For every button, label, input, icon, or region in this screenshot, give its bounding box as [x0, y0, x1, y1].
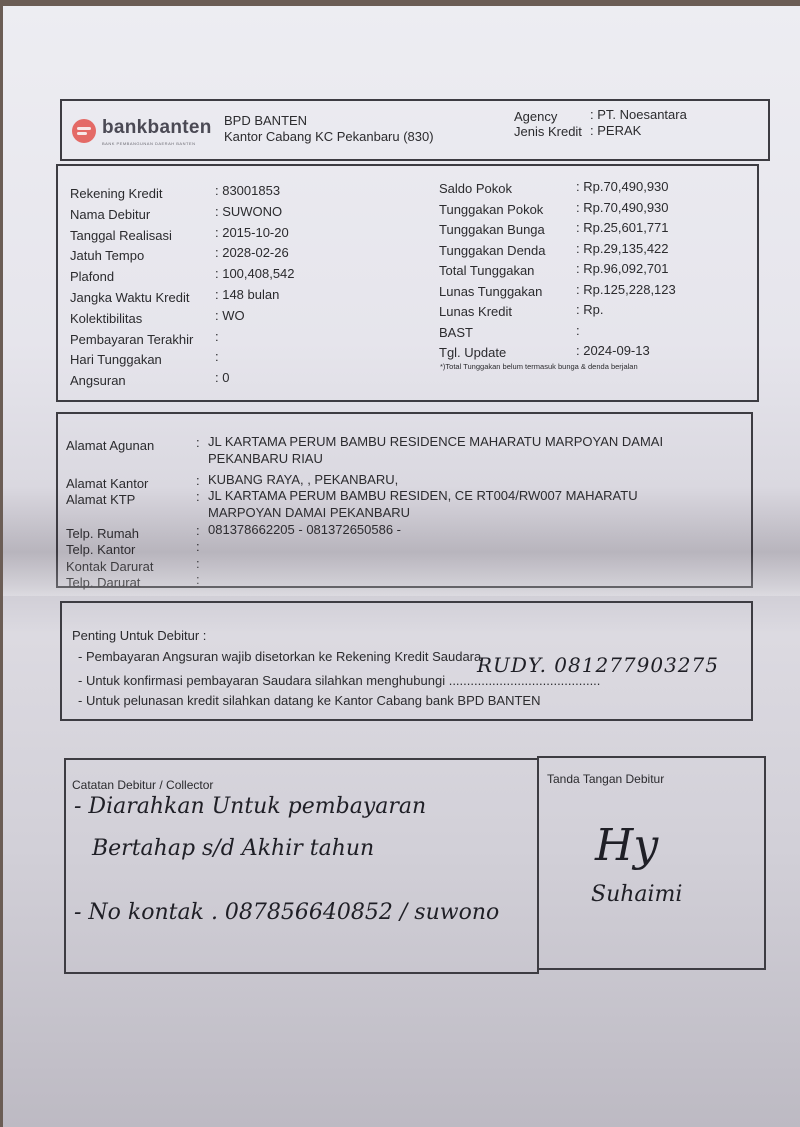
- address-field-colon: :: [196, 539, 200, 554]
- account-field-label: Nama Debitur: [70, 207, 150, 222]
- account-field-label: Rekening Kredit: [70, 186, 163, 201]
- account-field-label: BAST: [439, 325, 473, 340]
- footnote: *)Total Tunggakan belum termasuk bunga &…: [440, 362, 638, 371]
- account-field-label: Angsuran: [70, 373, 126, 388]
- signature-mark: Hy: [595, 820, 658, 871]
- address-field-label: Telp. Kantor: [66, 542, 135, 557]
- account-field-value: : Rp.29,135,422: [576, 241, 669, 256]
- address-field-label: Telp. Darurat: [66, 575, 140, 590]
- account-field-value: : Rp.70,490,930: [576, 179, 669, 194]
- account-field-label: Total Tunggakan: [439, 263, 534, 278]
- account-field-value: : 0: [215, 370, 229, 385]
- address-field-label: Alamat Agunan: [66, 438, 154, 453]
- address-field-value-cont: PEKANBARU RIAU: [208, 451, 323, 466]
- account-field-value: : 2015-10-20: [215, 225, 289, 240]
- account-field-label: Tunggakan Pokok: [439, 202, 543, 217]
- account-field-label: Kolektibilitas: [70, 311, 142, 326]
- signature-name: Suhaimi: [591, 882, 682, 907]
- bank-name: BPD BANTEN: [224, 113, 307, 128]
- handwritten-contact: RUDY. 081277903275: [477, 653, 719, 677]
- account-summary-box: Rekening Kredit: 83001853Nama Debitur: S…: [56, 164, 759, 402]
- credit-type-value: : PERAK: [590, 123, 641, 138]
- account-field-label: Tgl. Update: [439, 345, 506, 360]
- paper-document: bankbanten BANK PEMBANGUNAN DAERAH BANTE…: [3, 6, 800, 1127]
- important-item: - Untuk pelunasan kredit silahkan datang…: [78, 693, 540, 708]
- account-field-value: : Rp.125,228,123: [576, 282, 676, 297]
- bank-logo-icon: [72, 119, 96, 143]
- notes-title: Catatan Debitur / Collector: [72, 778, 213, 792]
- collector-notes-box: Catatan Debitur / Collector - Diarahkan …: [64, 758, 539, 974]
- address-field-label: Alamat KTP: [66, 492, 135, 507]
- account-field-label: Tunggakan Denda: [439, 243, 546, 258]
- address-field-value: JL KARTAMA PERUM BAMBU RESIDENCE MAHARAT…: [208, 434, 663, 449]
- account-field-value: :: [215, 329, 219, 344]
- account-field-label: Pembayaran Terakhir: [70, 332, 193, 347]
- account-field-value: : 2028-02-26: [215, 245, 289, 260]
- address-field-colon: :: [196, 572, 200, 587]
- logo-name: bankbanten: [102, 117, 212, 139]
- address-field-value: KUBANG RAYA, , PEKANBARU,: [208, 472, 398, 487]
- address-field-colon: :: [196, 556, 200, 571]
- account-field-value: : Rp.96,092,701: [576, 261, 669, 276]
- account-field-value: : Rp.: [576, 302, 603, 317]
- important-item: - Pembayaran Angsuran wajib disetorkan k…: [78, 649, 481, 664]
- important-notice-box: Penting Untuk Debitur : - Pembayaran Ang…: [60, 601, 753, 721]
- important-title: Penting Untuk Debitur :: [72, 628, 206, 643]
- address-field-value-cont: MARPOYAN DAMAI PEKANBARU: [208, 505, 410, 520]
- note-line: - No kontak . 087856640852 / suwono: [74, 900, 499, 925]
- signature-box: Tanda Tangan Debitur Hy Suhaimi: [537, 756, 766, 970]
- credit-type-label: Jenis Kredit: [514, 124, 582, 139]
- note-line: - Diarahkan Untuk pembayaran: [74, 794, 426, 819]
- account-field-value: :: [215, 349, 219, 364]
- address-field-colon: :: [196, 489, 200, 504]
- address-field-colon: :: [196, 473, 200, 488]
- account-field-label: Saldo Pokok: [439, 181, 512, 196]
- account-field-label: Tanggal Realisasi: [70, 228, 172, 243]
- account-field-value: : Rp.70,490,930: [576, 200, 669, 215]
- account-field-value: : 83001853: [215, 183, 280, 198]
- signature-title: Tanda Tangan Debitur: [547, 772, 664, 786]
- address-field-colon: :: [196, 435, 200, 450]
- address-box: Alamat Agunan:JL KARTAMA PERUM BAMBU RES…: [56, 412, 753, 588]
- account-field-label: Jangka Waktu Kredit: [70, 290, 189, 305]
- agency-value: : PT. Noesantara: [590, 107, 687, 122]
- account-field-value: : Rp.25,601,771: [576, 220, 669, 235]
- account-field-label: Jatuh Tempo: [70, 248, 144, 263]
- header-box: bankbanten BANK PEMBANGUNAN DAERAH BANTE…: [60, 99, 770, 161]
- agency-label: Agency: [514, 109, 557, 124]
- address-field-label: Alamat Kantor: [66, 476, 148, 491]
- address-field-colon: :: [196, 523, 200, 538]
- address-field-value: 081378662205 - 081372650586 -: [208, 522, 401, 537]
- account-field-value: : WO: [215, 308, 245, 323]
- account-field-value: : SUWONO: [215, 204, 282, 219]
- note-line: Bertahap s/d Akhir tahun: [92, 836, 374, 861]
- account-field-label: Hari Tunggakan: [70, 352, 162, 367]
- account-field-label: Tunggakan Bunga: [439, 222, 545, 237]
- branch-name: Kantor Cabang KC Pekanbaru (830): [224, 129, 434, 144]
- account-field-value: :: [576, 323, 580, 338]
- bank-logo: bankbanten BANK PEMBANGUNAN DAERAH BANTE…: [72, 117, 220, 147]
- account-field-label: Plafond: [70, 269, 114, 284]
- account-field-label: Lunas Tunggakan: [439, 284, 542, 299]
- account-field-value: : 2024-09-13: [576, 343, 650, 358]
- logo-tagline: BANK PEMBANGUNAN DAERAH BANTEN: [102, 141, 195, 146]
- address-field-label: Kontak Darurat: [66, 559, 153, 574]
- account-field-label: Lunas Kredit: [439, 304, 512, 319]
- address-field-label: Telp. Rumah: [66, 526, 139, 541]
- account-field-value: : 148 bulan: [215, 287, 279, 302]
- address-field-value: JL KARTAMA PERUM BAMBU RESIDEN, CE RT004…: [208, 488, 638, 503]
- account-field-value: : 100,408,542: [215, 266, 295, 281]
